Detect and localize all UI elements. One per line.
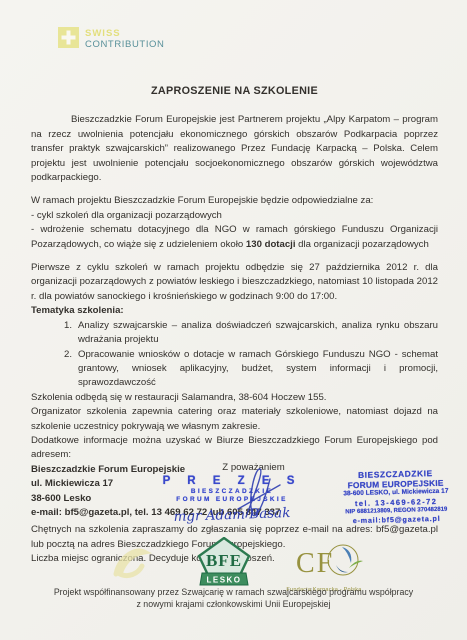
schedule-paragraph: Pierwsze z cyklu szkoleń w ramach projek… (31, 261, 438, 304)
item2-grant-count: 130 dotacji (246, 239, 296, 250)
bfe-lesko-logo: BFE LESKO (197, 537, 251, 589)
swiss-word: SWISS (85, 28, 165, 39)
bfe-banner-text: LESKO (206, 576, 241, 585)
logistics-paragraph: Organizator szkolenia zapewnia catering … (31, 405, 438, 434)
responsibilities-item-2: - wdrożenie schematu dotacyjnego dla NGO… (31, 223, 438, 252)
cf-logo-icon: CF (282, 541, 366, 581)
bfe-logo-text: BFE (206, 551, 242, 570)
contribution-word: CONTRIBUTION (85, 39, 165, 50)
swiss-contribution-logo: SWISS CONTRIBUTION (58, 27, 165, 50)
document-title: ZAPROSZENIE NA SZKOLENIE (31, 84, 438, 98)
responsibilities-item-1: - cykl szkoleń dla organizacji pozarządo… (31, 209, 438, 223)
organization-stamp: BIESZCZADZKIE FORUM EUROPEJSKIE 38-600 L… (331, 468, 460, 525)
cofinancing-footer: Projekt współfinansowany przez Szwajcari… (0, 587, 467, 610)
info-paragraph: Dodatkowe informacje można uzyskać w Biu… (31, 434, 438, 463)
topic-item-1: 1. Analizy szwajcarskie – analiza doświa… (31, 319, 438, 348)
responsibilities-intro: W ramach projektu Bieszczadzkie Forum Eu… (31, 194, 438, 208)
topic-item-2: 2. Opracowanie wniosków o dotacje w rama… (31, 348, 438, 391)
signature-name: mgr Adam Basak (150, 504, 314, 526)
item2-text-post: dla organizacji pozarządowych (296, 239, 429, 250)
topics-heading: Tematyka szkolenia: (31, 304, 438, 318)
stamp-prezes-line: P R E Z E S (150, 475, 314, 487)
stamp-org-line-1: BIESZCZADZKIE (150, 488, 314, 495)
swiss-flag-icon (58, 27, 79, 48)
fundacja-karpacka-logo: CF Fundacja Karpacka - Polska (278, 541, 370, 593)
topic-1-number: 1. (64, 319, 72, 333)
alpy-karpatom-faint-logo (106, 540, 154, 588)
swiss-logo-text: SWISS CONTRIBUTION (85, 27, 165, 50)
venue-paragraph: Szkolenia odbędą się w restauracji Salam… (31, 391, 438, 405)
intro-paragraph: Bieszczadzkie Forum Europejskie jest Par… (31, 113, 438, 185)
topic-2-text: Opracowanie wniosków o dotacje w ramach … (78, 349, 438, 389)
topic-1-text: Analizy szwajcarskie – analiza doświadcz… (78, 320, 438, 345)
footer-line-2: z nowymi krajami członkowskimi Unii Euro… (0, 599, 467, 611)
president-stamp: P R E Z E S BIESZCZADZKIE FORUM EUROPEJS… (150, 475, 314, 523)
footer-line-1: Projekt współfinansowany przez Szwajcari… (0, 587, 467, 599)
scanned-letter-page: SWISS CONTRIBUTION ZAPROSZENIE NA SZKOLE… (0, 0, 467, 640)
topic-2-number: 2. (64, 348, 72, 362)
stamp-org-line-2: FORUM EUROPEJSKIE (150, 496, 314, 503)
responsibilities-block: W ramach projektu Bieszczadzkie Forum Eu… (31, 194, 438, 252)
